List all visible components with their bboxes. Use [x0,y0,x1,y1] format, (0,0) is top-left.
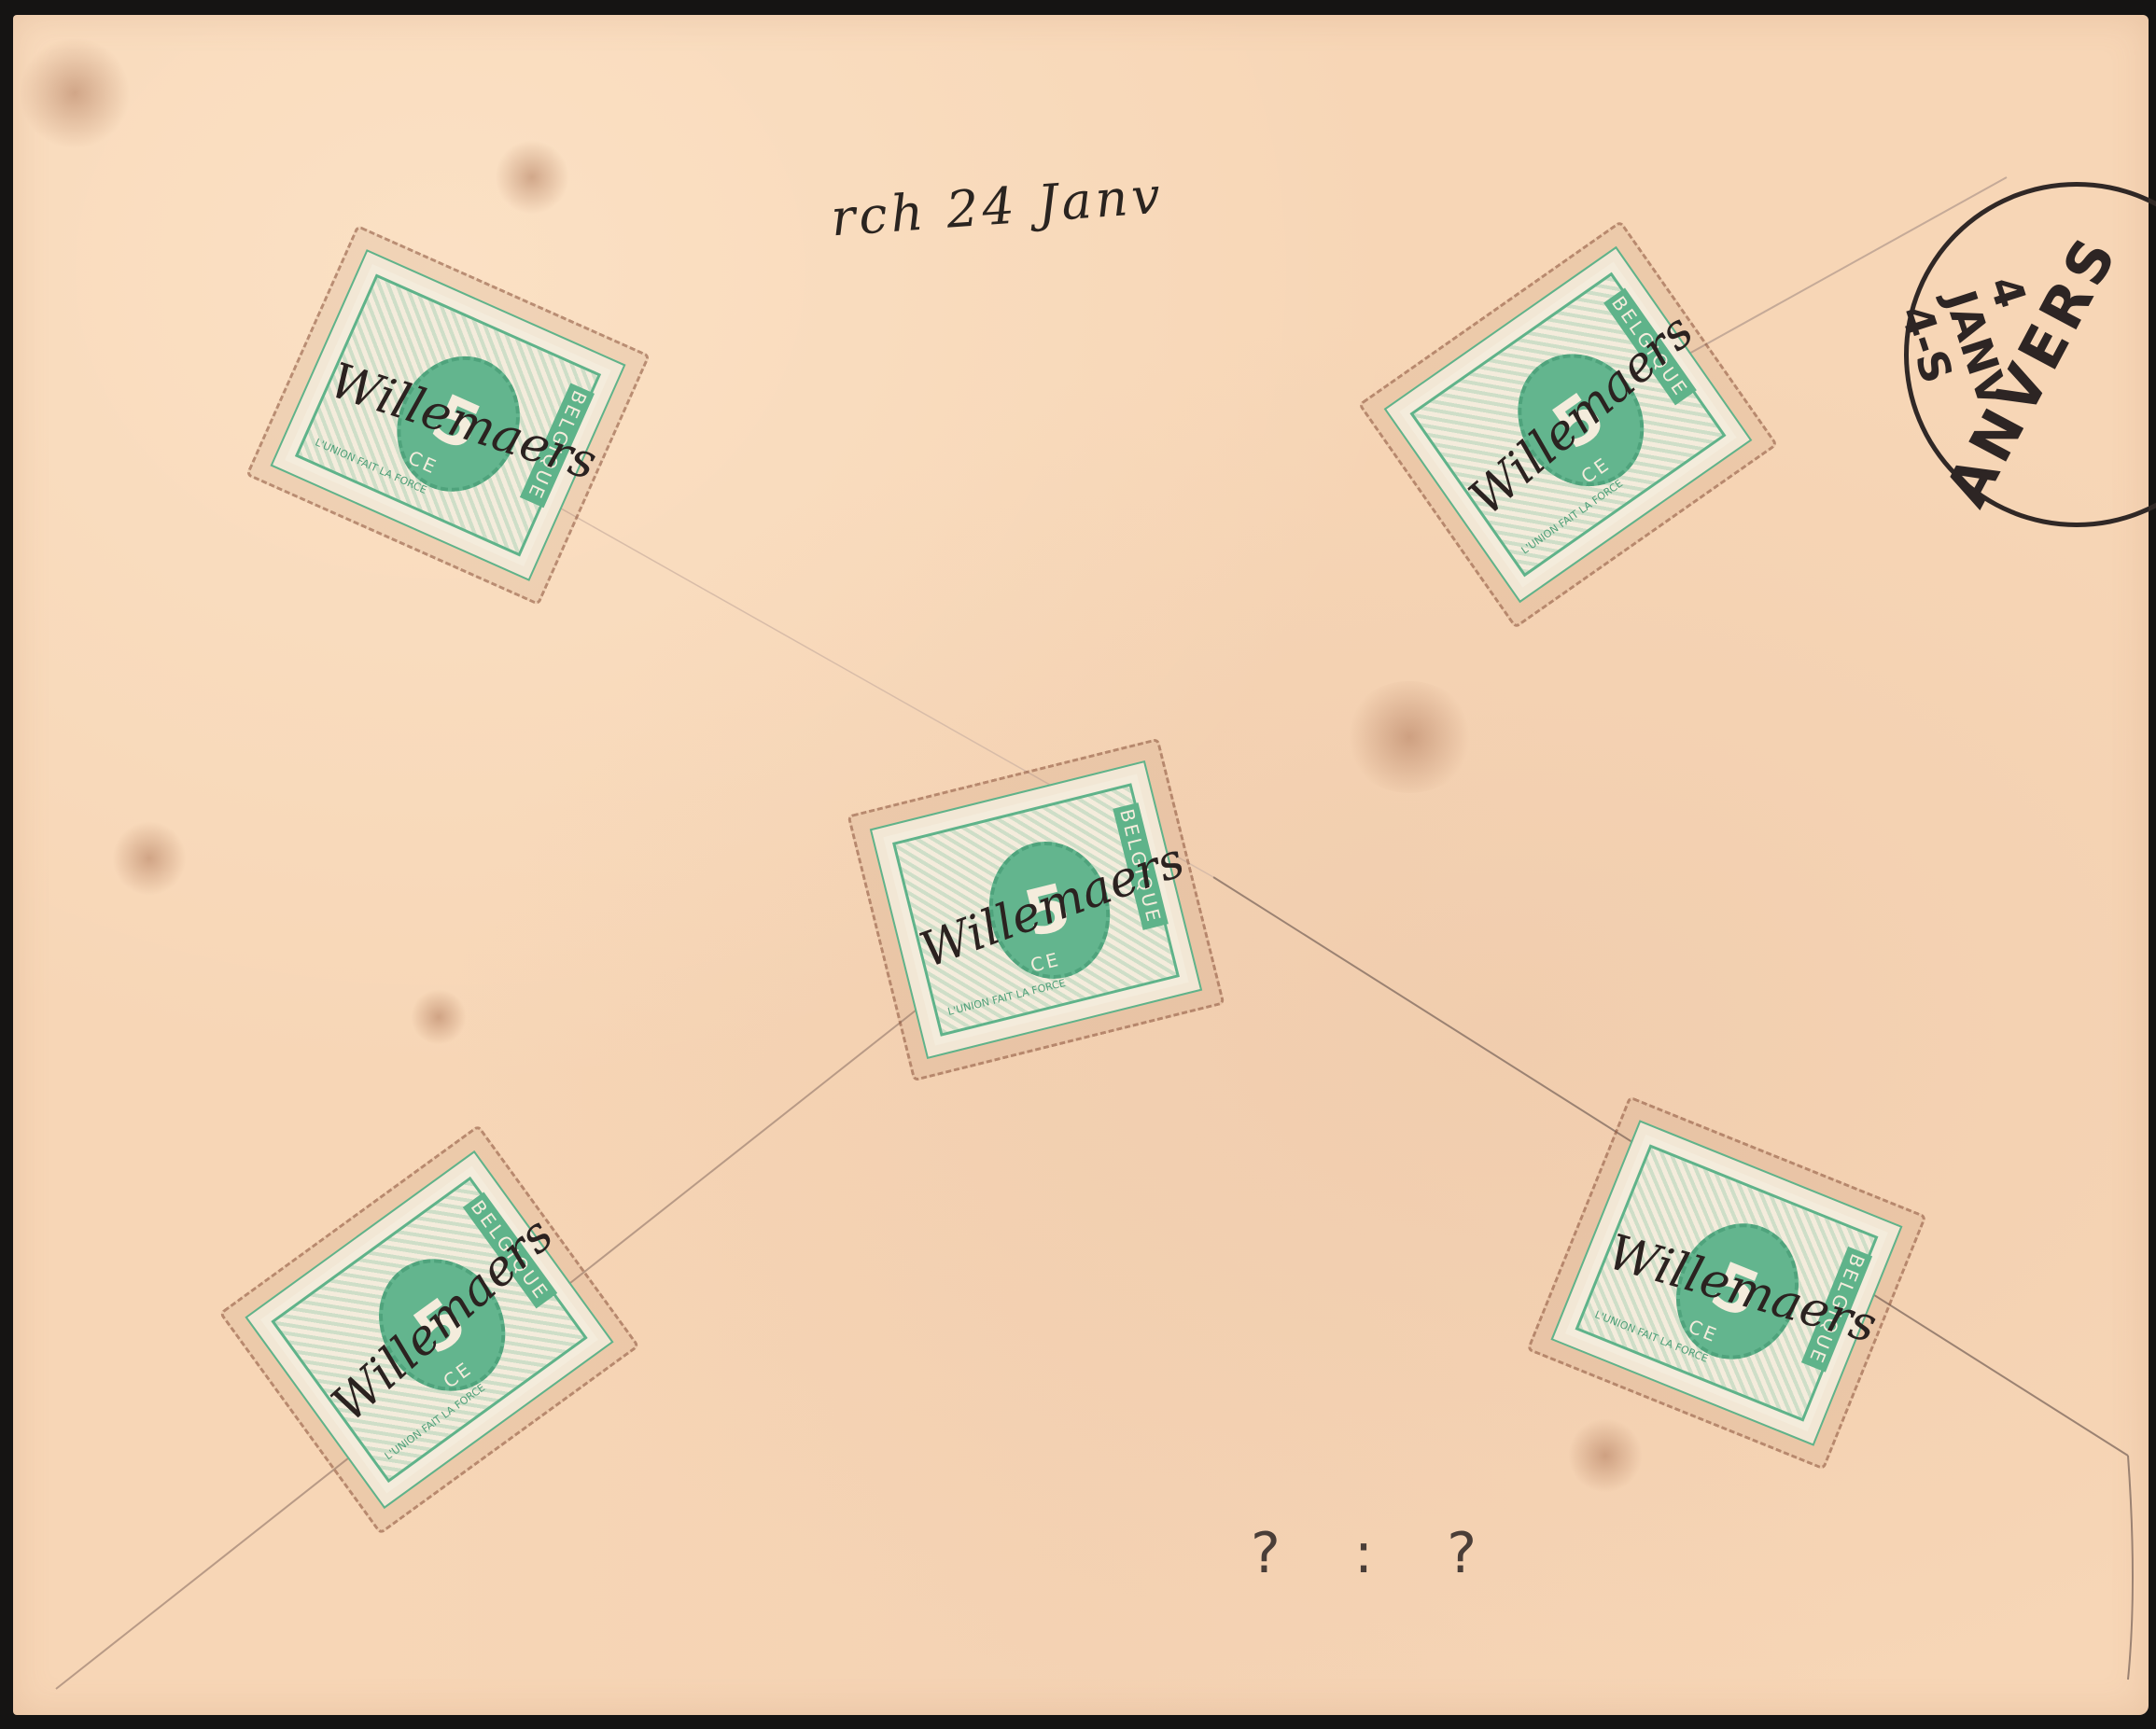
faint-bottom-marks: ? : ? [1251,1521,1505,1586]
foxing-stain [112,821,187,896]
foxing-stain [1568,1418,1643,1493]
foxing-stain [495,140,569,215]
stamp-center: 5 BELGIQUE CE L'UNION FAIT LA FORCE Will… [872,762,1200,1056]
foxing-stain [19,37,131,149]
foxing-stain [1344,681,1475,793]
foxing-stain [411,989,467,1045]
